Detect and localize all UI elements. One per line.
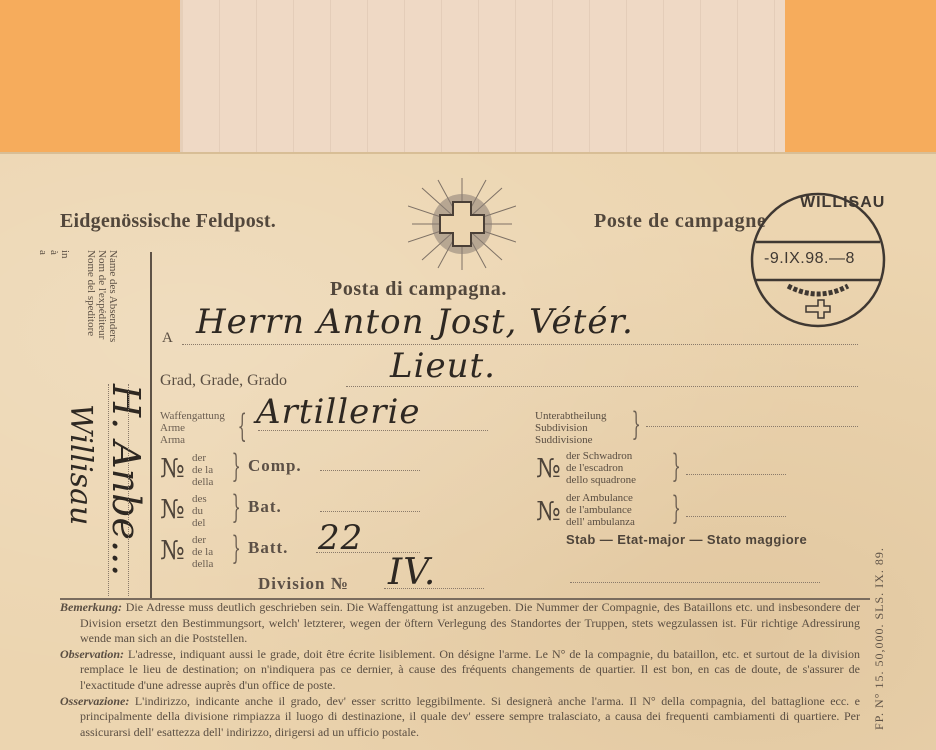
field-post-card: Eidgenössische Feldpost. Poste de campag…	[0, 152, 936, 750]
arm-handwritten: Artillerie	[256, 392, 420, 432]
subdivision-labels: Unterabtheilung Subdivision Suddivisione	[535, 410, 606, 446]
backing-sheet	[180, 0, 785, 160]
bat-number-sign: №	[160, 497, 185, 523]
batt-handwritten: 22	[318, 518, 363, 558]
division-label: Division №	[258, 574, 349, 594]
staff-line[interactable]	[570, 582, 820, 583]
ambulance-labels: der Ambulance de l'ambulance dell' ambul…	[566, 492, 635, 528]
squadron-line[interactable]	[686, 474, 786, 475]
sender-divider	[150, 252, 152, 598]
bat-prefixes: des du del	[192, 493, 207, 529]
subdivision-brace: }	[632, 408, 641, 440]
title-italian: Posta di campagna.	[330, 278, 507, 301]
sender-place-labels: in à a	[37, 250, 70, 259]
batt-brace: }	[232, 532, 241, 564]
squadron-brace: }	[672, 450, 681, 482]
bat-label: Bat.	[248, 497, 282, 517]
sender-name-handwritten: H. Anbe...	[104, 384, 148, 576]
comp-label: Comp.	[248, 456, 302, 476]
recipient-line[interactable]	[182, 344, 858, 345]
rank-label: Grad, Grade, Grado	[160, 372, 287, 390]
note-german: Bemerkung: Die Adresse muss deutlich ges…	[60, 600, 860, 647]
rank-line[interactable]	[346, 386, 858, 387]
postmark-date: -9.IX.98.—8	[764, 250, 855, 268]
swiss-cross-emblem-icon	[408, 178, 516, 270]
comp-brace: }	[232, 450, 241, 482]
title-german: Eidgenössische Feldpost.	[60, 210, 276, 233]
note-french: Observation: L'adresse, indiquant aussi …	[60, 647, 860, 694]
sender-place-line	[108, 384, 109, 596]
arm-labels: Waffengattung Arme Arma	[160, 410, 225, 446]
to-label: A	[162, 330, 173, 347]
ambulance-line[interactable]	[686, 516, 786, 517]
ambulance-brace: }	[672, 492, 681, 524]
ambulance-number-sign: №	[536, 499, 561, 525]
batt-number-sign: №	[160, 538, 185, 564]
title-french: Poste de campagne	[594, 210, 766, 233]
bat-line[interactable]	[320, 511, 420, 512]
subdivision-line[interactable]	[646, 426, 858, 427]
bat-brace: }	[232, 491, 241, 523]
batt-label: Batt.	[248, 538, 288, 558]
division-handwritten: IV.	[388, 552, 436, 593]
recipient-handwritten: Herrn Anton Jost, Vétér.	[196, 302, 634, 342]
comp-line[interactable]	[320, 470, 420, 471]
staff-label: Stab — Etat-major — Stato maggiore	[566, 532, 807, 547]
postmark-city: WILLISAU	[800, 194, 885, 212]
note-italian: Osservazione: L'indirizzo, indicante anc…	[60, 694, 860, 741]
comp-prefixes: der de la della	[192, 452, 213, 488]
sender-place-handwritten: Willisau	[63, 404, 98, 525]
comp-number-sign: №	[160, 456, 185, 482]
sender-labels: Name des Absenders Nom de l'expéditeur N…	[85, 250, 118, 342]
print-code: FP. N° 15. 50,000. SLS. IX. 89.	[872, 547, 887, 730]
instructions-notes: Bemerkung: Die Adresse muss deutlich ges…	[60, 600, 860, 740]
rank-handwritten: Lieut.	[390, 346, 496, 386]
squadron-number-sign: №	[536, 456, 561, 482]
squadron-labels: der Schwadron de l'escadron dello squadr…	[566, 450, 636, 486]
arm-brace: {	[238, 410, 247, 442]
sender-name-line	[128, 384, 129, 596]
batt-prefixes: der de la della	[192, 534, 213, 570]
